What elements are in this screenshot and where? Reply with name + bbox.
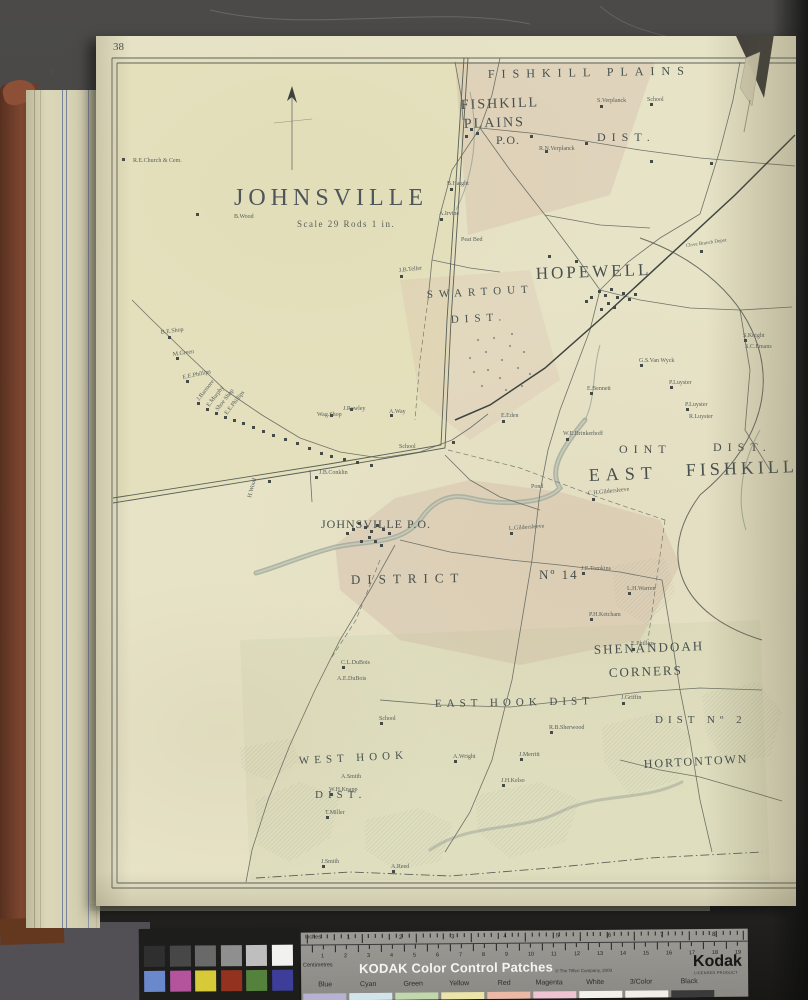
ruler-tick-inch	[423, 934, 424, 938]
ruler-tick-cm	[553, 943, 554, 947]
building-marker	[296, 442, 299, 445]
ruler-tick-inch	[641, 932, 642, 936]
kodak-patch-label: Cyan	[360, 981, 376, 988]
gray-patch-4	[220, 945, 241, 966]
ruler-tick-cm	[507, 944, 508, 948]
building-marker	[262, 430, 265, 433]
building-marker	[186, 380, 189, 383]
color-sliver-patch	[625, 990, 668, 998]
tree-marker	[469, 357, 471, 359]
ruler-cm-number: 9	[505, 952, 508, 958]
ruler-inch-number: 2	[399, 935, 402, 941]
building-marker	[215, 412, 218, 415]
building-marker	[356, 461, 359, 464]
building-marker	[628, 592, 631, 595]
gray-patch-3	[195, 945, 216, 966]
ruler-inch-number: 8	[712, 932, 715, 938]
map-owner-label: E.Eden	[501, 413, 519, 419]
ruler-cm-number: 11	[551, 951, 557, 957]
map-owner-label: B.Haight	[447, 181, 469, 187]
building-marker	[440, 218, 443, 221]
ruler-tick-cm	[622, 943, 623, 947]
kodak-ruler-card: Inches Centimetres KODAK Color Control P…	[301, 929, 749, 1000]
ruler-tick-cm	[610, 943, 611, 950]
map-svg: 38 JOHNSVILLE Scale 29 Rods 1 in. FISHKI…	[96, 36, 796, 906]
building-marker	[268, 480, 271, 483]
building-marker	[380, 544, 383, 547]
building-marker	[502, 420, 505, 423]
ruler-cm-number: 17	[689, 950, 695, 956]
ruler-tick-inch	[723, 931, 724, 935]
map-owner-label: Peat Bed	[461, 237, 483, 243]
building-marker	[590, 618, 593, 621]
map-district-label: P.O.	[496, 133, 520, 147]
color-sliver-patch	[671, 990, 714, 998]
ruler-tick-inch	[675, 931, 676, 935]
ruler-tick-inch	[600, 932, 601, 936]
kodak-patch-label: Magenta	[536, 979, 563, 986]
ruler-tick-inch	[368, 934, 369, 938]
ruler-tick-inch	[341, 934, 342, 938]
building-marker	[710, 162, 713, 165]
tree-marker	[485, 351, 487, 353]
map-owner-label: R.N.Verplanck	[539, 146, 575, 152]
map-owner-label: Clove Branch Depot	[686, 238, 728, 249]
tree-marker	[505, 389, 507, 391]
ruler-tick-cm	[472, 944, 473, 951]
kodak-patch-label: Black	[681, 978, 698, 985]
ruler-tick-inch	[443, 933, 444, 939]
color-patch-1	[144, 971, 165, 992]
ruler-cm-number: 18	[712, 950, 718, 956]
kodak-patch-label: Red	[498, 980, 511, 987]
ruler-tick-inch	[566, 932, 567, 936]
building-marker	[585, 142, 588, 145]
gray-patch-2	[169, 946, 190, 967]
page-edges	[26, 90, 100, 928]
map-owner-label: L.H.Warren	[627, 586, 656, 592]
tree-marker	[521, 385, 523, 387]
building-marker	[370, 464, 373, 467]
map-owner-label: R.Luyster	[689, 414, 713, 420]
building-marker	[374, 540, 377, 543]
map-district-label: FISHKILL	[461, 95, 540, 113]
ruler-tick-inch	[382, 934, 383, 938]
map-owner-label: E.Phillips	[631, 641, 655, 647]
map-owner-label: P.Luyster	[669, 380, 692, 386]
page-edge-line	[88, 90, 89, 928]
tree-marker	[523, 351, 525, 353]
ruler-tick-inch	[545, 932, 546, 936]
building-marker	[346, 532, 349, 535]
ruler-tick-inch	[695, 931, 696, 935]
map-owner-label: P.Luyster	[685, 402, 708, 408]
ruler-tick-inch	[552, 932, 553, 938]
ruler-tick-cm	[449, 944, 450, 951]
building-marker	[233, 419, 236, 422]
ruler-cm-number: 8	[482, 952, 485, 958]
ruler-tick-inch	[491, 933, 492, 937]
ruler-tick-cm	[725, 942, 726, 949]
ruler-tick-cm	[323, 945, 324, 949]
map-owner-label: S.C.Emans	[745, 344, 772, 350]
ruler-tick-cm	[679, 942, 680, 949]
map-district-label: DIST.	[713, 440, 772, 454]
building-marker	[400, 275, 403, 278]
ruler-tick-inch	[409, 934, 410, 938]
map-owner-label: School	[647, 97, 664, 103]
map-owner-label: A.Reed	[391, 864, 409, 870]
map-owner-label: B.Wood	[234, 214, 254, 220]
map-district-label: PLAINS	[464, 115, 526, 132]
map-district-label: FISHKILL PLAINS	[488, 63, 691, 81]
page-edge-line	[34, 90, 35, 928]
building-marker	[622, 292, 625, 295]
color-sliver-patch	[579, 991, 622, 999]
ruler-tick-cm	[346, 945, 347, 949]
building-marker	[510, 532, 513, 535]
building-marker	[550, 731, 553, 734]
ruler-tick-cm	[311, 945, 312, 952]
map-owner-label: S.Verplanck	[597, 98, 626, 104]
gray-patch-5	[246, 945, 267, 966]
kodak-patch-label: Blue	[318, 981, 332, 988]
ruler-tick-cm	[541, 943, 542, 950]
map-owner-label: R.B.Sherwood	[549, 725, 584, 731]
building-marker	[242, 422, 245, 425]
map-owner-label: G.S.Van Wyck	[639, 358, 674, 364]
ruler-cm-number: 6	[436, 952, 439, 958]
ruler-tick-inch	[429, 933, 430, 937]
ruler-tick-inch	[539, 933, 540, 937]
ruler-tick-inch	[668, 931, 669, 935]
building-marker	[700, 250, 703, 253]
building-marker	[380, 722, 383, 725]
ruler-tick-inch	[320, 934, 321, 938]
ruler-tick-cm	[518, 944, 519, 951]
map-owner-label: J.Rowley	[343, 406, 366, 412]
tree-marker	[487, 369, 489, 371]
ruler-cm-number: 10	[528, 952, 534, 958]
building-marker	[607, 302, 610, 305]
building-marker	[342, 666, 345, 669]
ruler-tick-inch	[648, 932, 649, 936]
building-marker	[582, 572, 585, 575]
ruler-tick-inch	[689, 931, 690, 940]
building-marker	[330, 455, 333, 458]
building-marker	[252, 426, 255, 429]
kodak-color-bar: Inches Centimetres KODAK Color Control P…	[139, 921, 752, 1000]
ruler-tick-inch	[470, 933, 471, 942]
ruler-tick-inch	[436, 933, 437, 937]
ruler-tick-inch	[573, 932, 574, 936]
ruler-tick-cm	[403, 945, 404, 952]
page-number: 38	[113, 41, 125, 53]
ruler-tick-cm	[334, 945, 335, 952]
building-marker	[388, 532, 391, 535]
gray-patch-6	[271, 945, 292, 966]
building-marker	[224, 416, 227, 419]
road	[310, 470, 312, 502]
ruler-cm-number: 15	[643, 951, 649, 957]
building-marker	[548, 255, 551, 258]
building-marker	[284, 438, 287, 441]
ruler-cm-number: 5	[413, 953, 416, 959]
ruler-tick-cm	[530, 944, 531, 948]
building-marker	[450, 188, 453, 191]
building-marker	[600, 308, 603, 311]
building-marker	[670, 386, 673, 389]
tree-marker	[509, 345, 511, 347]
map-owner-label: A.Irvine	[439, 211, 459, 217]
ruler-tick-inch	[457, 933, 458, 937]
map-owner-label: T.Miller	[325, 810, 345, 816]
building-marker	[326, 816, 329, 819]
tree-marker	[517, 367, 519, 369]
ruler-cm-number: 12	[574, 951, 580, 957]
map-district-label: DIST Nº 2	[655, 714, 747, 726]
ruler-tick-cm	[564, 943, 565, 950]
ruler-tick-inch	[655, 931, 656, 935]
ruler-tick-inch	[730, 931, 731, 935]
tree-marker	[529, 373, 531, 375]
ruler-tick-inch	[395, 934, 396, 938]
ruler-tick-inch	[709, 931, 710, 935]
building-marker	[308, 447, 311, 450]
building-marker	[616, 296, 619, 299]
building-marker	[465, 135, 468, 138]
map-district-label: Nº 14	[539, 567, 579, 582]
gray-patch-1	[144, 946, 165, 967]
color-patch-6	[272, 970, 293, 991]
ruler-tick-inch	[559, 932, 560, 936]
color-sliver-patch	[303, 993, 346, 1000]
ruler-tick-inch	[580, 932, 581, 941]
building-marker	[604, 294, 607, 297]
ruler-cm-number: 16	[666, 950, 672, 956]
map-owner-label: School	[379, 716, 396, 722]
ruler-tick-cm	[426, 944, 427, 951]
photo-backdrop: 3	[0, 0, 808, 1000]
map-owner-label: W.H.Knapp	[329, 787, 357, 793]
tree-marker	[501, 359, 503, 361]
atlas-page: 38 JOHNSVILLE Scale 29 Rods 1 in. FISHKI…	[96, 36, 796, 906]
ruler-tick-cm	[461, 944, 462, 948]
building-marker	[592, 498, 595, 501]
ruler-inch-number: 6	[608, 933, 611, 939]
color-patch-2	[170, 971, 191, 992]
ruler-inch-number: 7	[660, 932, 663, 938]
page-edge-line	[66, 90, 67, 928]
map-owner-label: Wag.Shop	[317, 412, 342, 418]
ruler-tick-inch	[389, 934, 390, 940]
building-marker	[368, 536, 371, 539]
building-marker	[122, 158, 125, 161]
ruler-tick-cm	[668, 942, 669, 946]
ruler-tick-cm	[645, 943, 646, 947]
building-marker	[686, 408, 689, 411]
ruler-tick-inch	[327, 934, 328, 938]
building-marker	[530, 135, 533, 138]
map-owner-label: School	[399, 444, 416, 450]
map-district-label: DISTRICT	[351, 570, 466, 587]
tree-marker	[473, 371, 475, 373]
ruler-tick-cm	[737, 942, 738, 946]
color-sliver-patch	[349, 993, 392, 1000]
page-edge-line	[62, 90, 63, 928]
ruler-cm-number: 13	[597, 951, 603, 957]
map-owner-label: J.E.Tomkins	[581, 566, 612, 572]
map-owner-label: A.Smith	[341, 774, 361, 780]
ruler-tick-inch	[593, 932, 594, 936]
building-marker	[520, 758, 523, 761]
map-district-label: EAST	[588, 463, 658, 485]
ruler-tick-inch	[634, 932, 635, 941]
ruler-tick-cm	[369, 945, 370, 949]
building-marker	[206, 408, 209, 411]
ruler-tick-cm	[702, 942, 703, 949]
building-marker	[168, 336, 171, 339]
underpage-number: 3	[50, 68, 54, 76]
railroad-branch	[640, 238, 763, 495]
ruler-inch-number: 5	[556, 933, 559, 939]
ruler-tick-inch	[736, 931, 737, 935]
ruler-tick-inch	[314, 934, 315, 938]
map-owner-label: A.E.DuBois	[337, 676, 367, 682]
building-marker	[360, 540, 363, 543]
ruler-tick-inch	[498, 933, 499, 939]
ruler-cm-number: 19	[735, 950, 741, 956]
building-marker	[196, 213, 199, 216]
building-marker	[392, 870, 395, 873]
map-owner-label: S.Knight	[743, 333, 765, 339]
kodak-patch-label: 3/Color	[630, 979, 653, 986]
map-owner-label: J.B.Conklin	[319, 470, 348, 476]
ruler-tick-cm	[587, 943, 588, 950]
color-sliver-patch	[395, 992, 438, 1000]
map-owner-label: A.Wright	[453, 754, 476, 760]
building-marker	[585, 300, 588, 303]
building-marker	[744, 339, 747, 342]
building-marker	[272, 434, 275, 437]
building-marker	[452, 441, 455, 444]
ruler-tick-inch	[416, 934, 417, 943]
ruler-tick-inch	[361, 934, 362, 943]
ruler-cm-number: 4	[390, 953, 393, 959]
building-marker	[650, 160, 653, 163]
page-tear	[736, 36, 774, 132]
building-marker	[622, 702, 625, 705]
ruler-tick-inch	[375, 934, 376, 938]
tree-marker	[499, 377, 501, 379]
ruler-tick-cm	[576, 943, 577, 947]
map-owner-label: Pond	[531, 484, 543, 490]
building-marker	[566, 438, 569, 441]
ruler-tick-inch	[354, 934, 355, 938]
color-sliver-patch	[533, 991, 576, 999]
color-sliver-patch	[441, 992, 484, 1000]
color-patch-4	[221, 970, 242, 991]
tree-marker	[481, 385, 483, 387]
ruler-cm-number: 3	[367, 953, 370, 959]
road	[545, 215, 650, 228]
ruler-tick-cm	[357, 945, 358, 952]
railroad-branch	[678, 495, 762, 640]
inset-map-title: JOHNSVILLE	[234, 185, 428, 211]
color-patch-5	[246, 970, 267, 991]
ruler-inch-number: 1	[347, 935, 350, 941]
building-marker	[343, 458, 346, 461]
building-marker	[502, 784, 505, 787]
ruler-tick-inch	[477, 933, 478, 937]
kodak-patch-label: Yellow	[449, 980, 469, 987]
ruler-tick-inch	[627, 932, 628, 936]
kodak-copyright: © The Tiffen Company, 2000	[555, 968, 612, 973]
ruler-tick-inch	[484, 933, 485, 937]
ruler-tick-cm	[656, 942, 657, 949]
building-marker	[476, 132, 479, 135]
ruler-tick-inch	[702, 931, 703, 935]
map-owner-label: C.H.Gildersleeve	[588, 487, 630, 497]
ruler-tick-cm	[484, 944, 485, 948]
building-marker	[590, 392, 593, 395]
ruler-tick-inch	[307, 935, 308, 944]
map-district-label: OINT	[619, 442, 672, 456]
color-sliver-patch	[487, 992, 530, 1000]
inset-map-scale: Scale 29 Rods 1 in.	[297, 219, 395, 229]
ruler-tick-inch	[511, 933, 512, 937]
ruler-tick-inch	[716, 931, 717, 937]
kodak-patch-label: White	[586, 979, 604, 986]
building-marker	[598, 290, 601, 293]
ruler-cm-number: 14	[620, 951, 626, 957]
ruler-cm-number: 1	[321, 953, 324, 959]
kodak-patch-label: Green	[403, 981, 423, 988]
ruler-tick-cm	[415, 945, 416, 949]
ruler-tick-inch	[518, 933, 519, 937]
ruler-cm-number: 2	[344, 953, 347, 959]
map-district-label: JOHNSVILLE P.O.	[321, 517, 431, 531]
ruler-tick-cm	[633, 943, 634, 950]
map-owner-label: A.Way	[389, 409, 406, 415]
tree-marker	[493, 337, 495, 339]
ruler-tick-cm	[495, 944, 496, 951]
building-marker	[315, 476, 318, 479]
building-marker	[322, 865, 325, 868]
road	[700, 62, 740, 214]
ruler-tick-inch	[743, 931, 744, 940]
ruler-tick-inch	[620, 932, 621, 936]
ruler-tick-inch	[532, 933, 533, 937]
map-district-label: FISHKILL	[685, 456, 796, 480]
kodak-licensed: LICENSED PRODUCT	[694, 971, 738, 975]
kodak-grayscale-card	[139, 928, 300, 1000]
kodak-title: KODAK Color Control Patches	[359, 959, 553, 976]
building-marker	[454, 760, 457, 763]
ruler-tick-inch	[334, 934, 335, 940]
building-marker	[610, 288, 613, 291]
map-owner-label: J.H.Kelso	[501, 778, 525, 784]
map-owner-label: C.L.DuBois	[341, 660, 371, 666]
ruler-inch-number: 3	[451, 934, 454, 940]
map-owner-label: J.Griffin	[621, 694, 641, 701]
building-marker	[613, 306, 616, 309]
building-marker	[650, 103, 653, 106]
building-marker	[590, 296, 593, 299]
ruler-tick-inch	[682, 931, 683, 935]
ruler-tick-inch	[586, 932, 587, 936]
ruler-tick-inch	[614, 932, 615, 936]
